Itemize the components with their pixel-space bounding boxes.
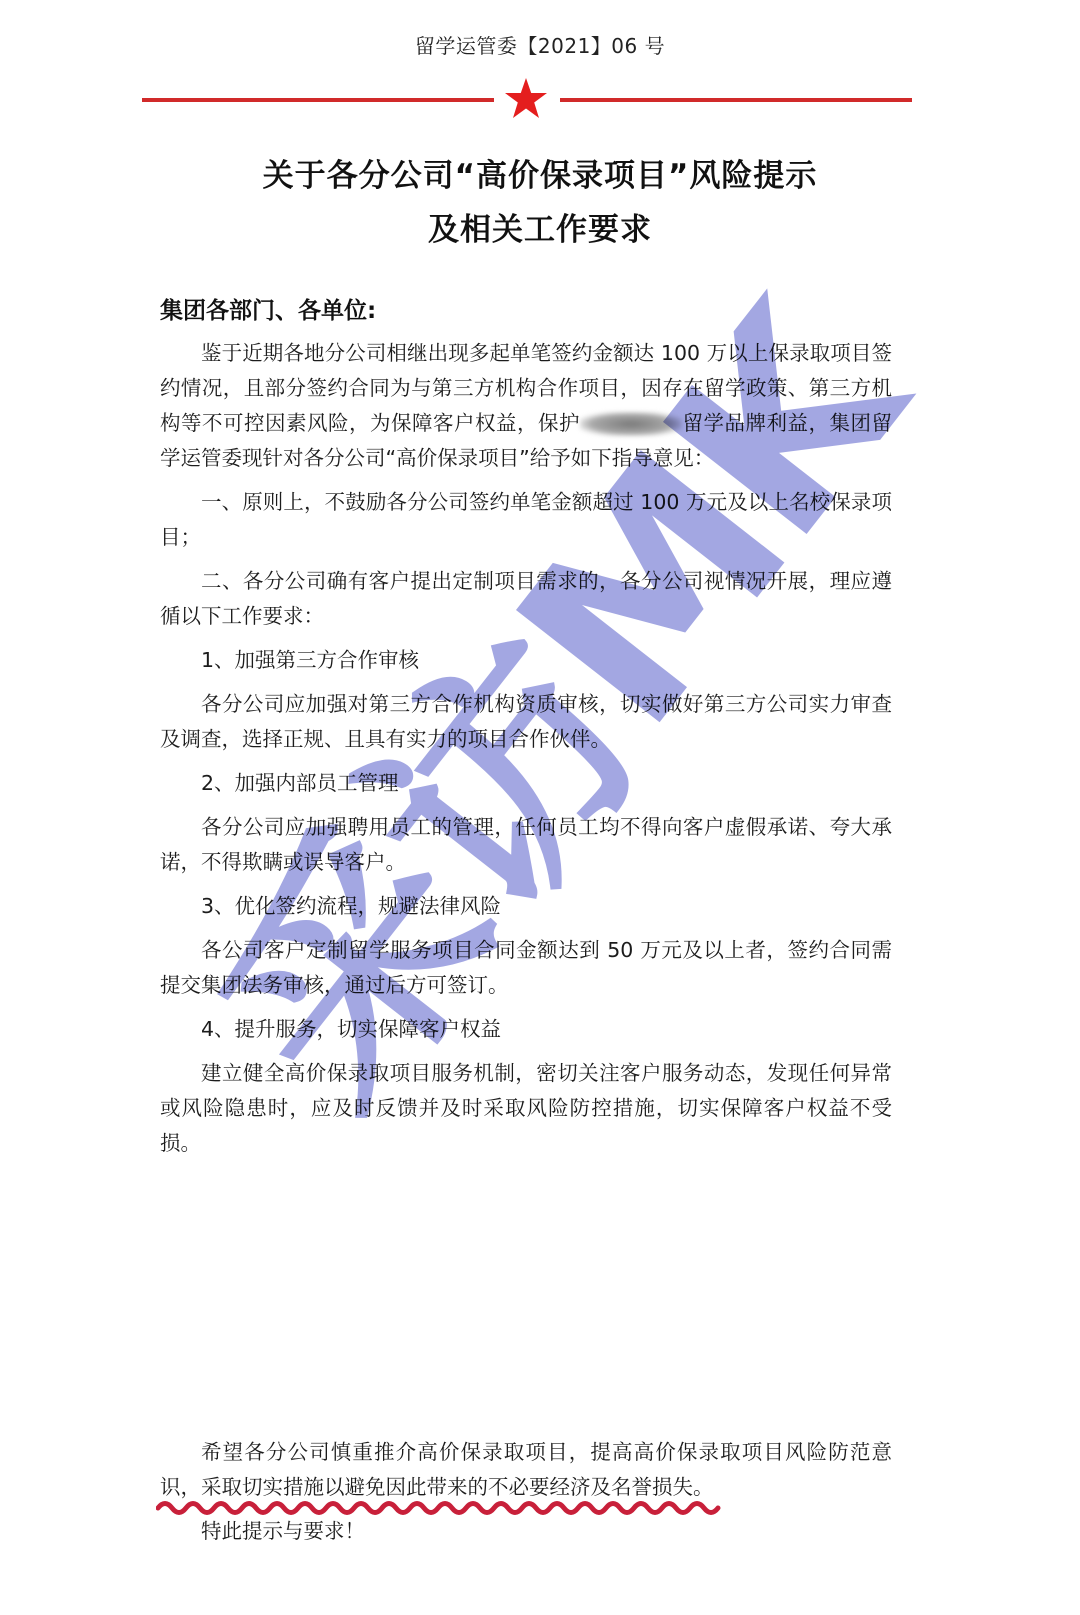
sub-heading-3: 3、优化签约流程，规避法律风险 <box>160 889 892 924</box>
red-wavy-underline <box>156 1500 728 1516</box>
redacted-brand-name <box>580 412 682 436</box>
closing-section: 希望各分公司慎重推介高价保录取项目，提高高价保录取项目风险防范意识，采取切实措施… <box>160 1435 892 1558</box>
closing-end: 特此提示与要求！ <box>160 1514 892 1549</box>
red-star-icon <box>503 76 549 122</box>
document-number: 留学运管委【2021】06 号 <box>0 30 1080 59</box>
red-divider-right <box>560 98 912 102</box>
item-one: 一、原则上，不鼓励各分公司签约单笔金额超过 100 万元及以上名校保录项目； <box>160 485 892 555</box>
red-divider-left <box>142 98 494 102</box>
intro-paragraph: 鉴于近期各地分公司相继出现多起单笔签约金额达 100 万以上保录取项目签约情况，… <box>160 336 892 476</box>
salutation: 集团各部门、各单位: <box>160 292 376 325</box>
document-title-line-2: 及相关工作要求 <box>0 204 1080 249</box>
sub-body-3: 各公司客户定制留学服务项目合同金额达到 50 万元及以上者，签约合同需提交集团法… <box>160 933 892 1003</box>
sub-body-4: 建立健全高价保录取项目服务机制，密切关注客户服务动态，发现任何异常或风险隐患时，… <box>160 1056 892 1161</box>
sub-body-1: 各分公司应加强对第三方合作机构资质审核，切实做好第三方公司实力审查及调查，选择正… <box>160 687 892 757</box>
sub-body-2: 各分公司应加强聘用员工的管理，任何员工均不得向客户虚假承诺、夸大承诺，不得欺瞒或… <box>160 810 892 880</box>
document-title-line-1: 关于各分公司“高价保录项目”风险提示 <box>0 150 1080 195</box>
sub-heading-4: 4、提升服务，切实保障客户权益 <box>160 1012 892 1047</box>
document-body: 鉴于近期各地分公司相继出现多起单笔签约金额达 100 万以上保录取项目签约情况，… <box>160 336 892 1170</box>
item-two: 二、各分公司确有客户提出定制项目需求的，各分公司视情况开展，理应遵循以下工作要求… <box>160 564 892 634</box>
sub-heading-2: 2、加强内部员工管理 <box>160 766 892 801</box>
closing-paragraph: 希望各分公司慎重推介高价保录取项目，提高高价保录取项目风险防范意识，采取切实措施… <box>160 1435 892 1505</box>
sub-heading-1: 1、加强第三方合作审核 <box>160 643 892 678</box>
